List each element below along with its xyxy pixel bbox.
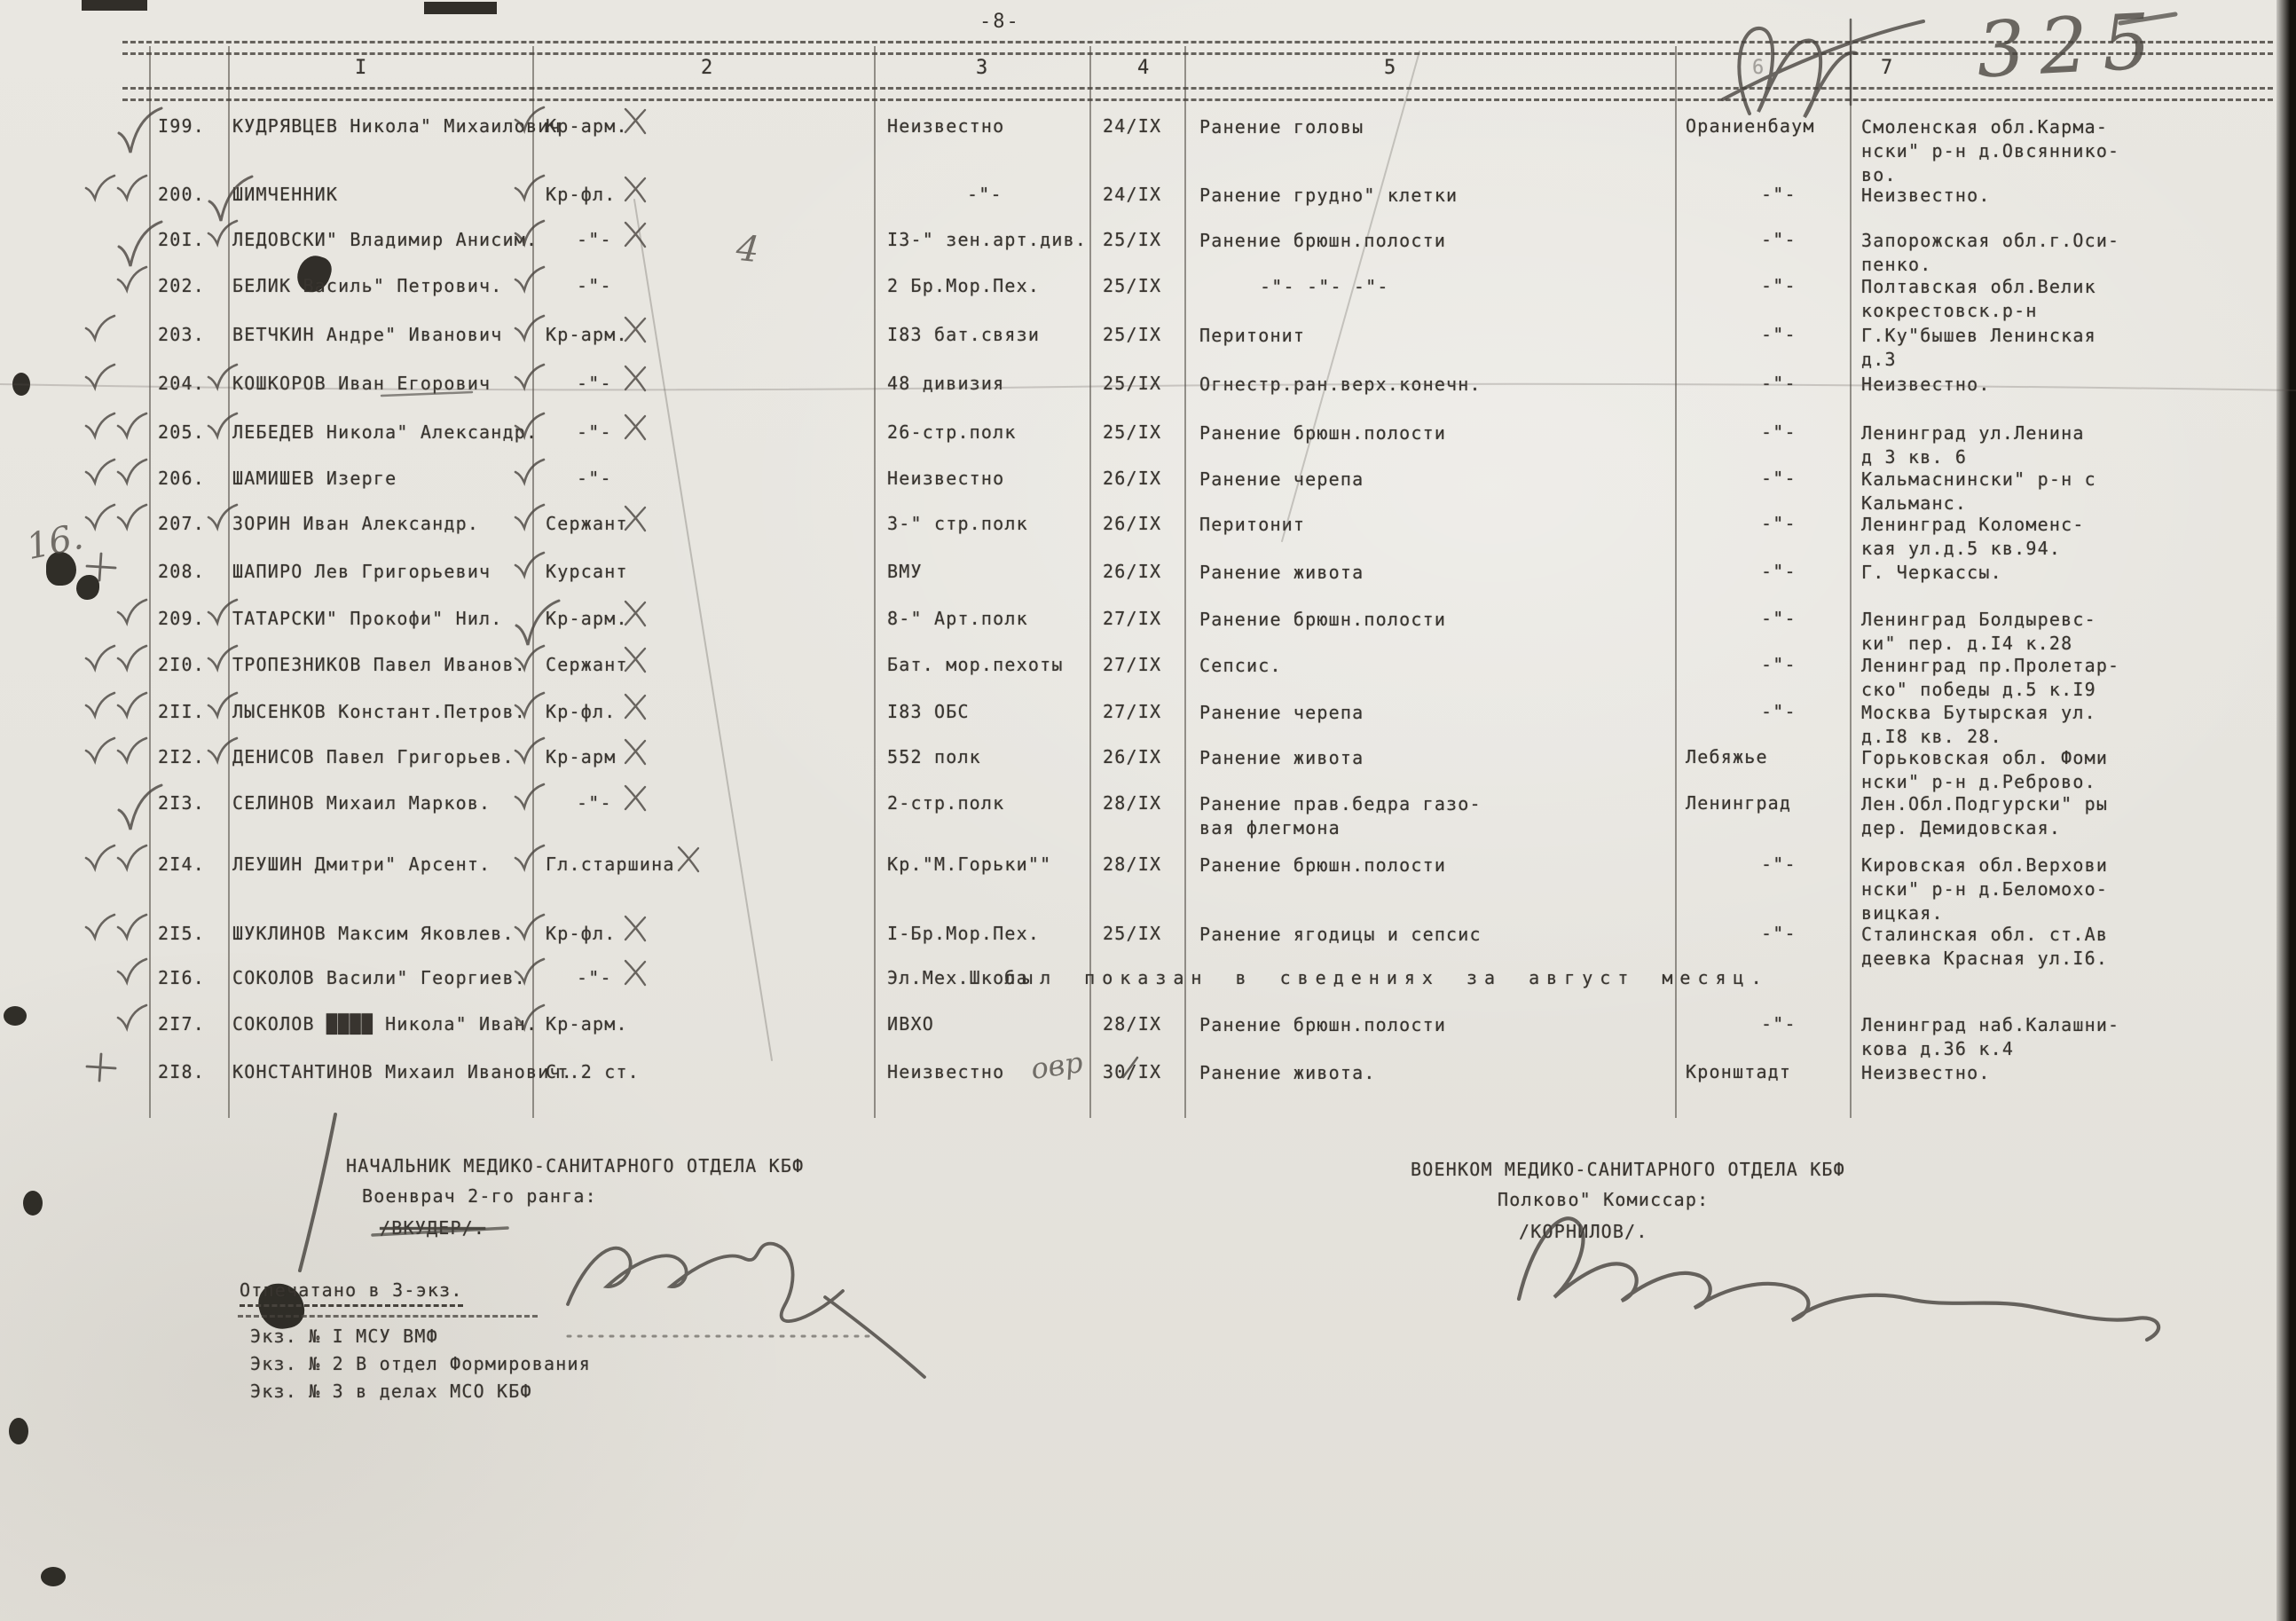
handwritten-x-mark [674,843,703,878]
handwritten-check-mark [206,362,240,396]
cell-diagnosis: Ранение ягодицы и сепсис [1199,923,1482,947]
cell-address: Неизвестно. [1861,1061,2296,1085]
cell-place: -"- [1761,608,1797,629]
cell-place: -"- [1761,561,1797,582]
table-vertical-rule [1850,46,1852,1118]
handwritten-check-mark [83,313,117,347]
handwritten-check-mark [83,173,117,207]
column-header-3: 3 [976,57,988,79]
handwritten-check-mark [83,912,117,946]
handwritten-rank-note: 4 [735,228,761,271]
hole-punch [4,1006,27,1026]
cell-address: Г.Ку"бышев Ленинская д.3 [1861,324,2296,372]
cell-rank: Гл.старшина [546,854,675,875]
cell-date: 26/IX [1103,561,1161,582]
handwritten-check-mark [115,643,149,677]
official-rank-left: Военврач 2-го ранга: [362,1185,597,1207]
cell-place: -"- [1761,854,1797,875]
print-copy-line: Экз. № I МСУ ВМФ [250,1326,438,1347]
handwritten-check-mark [115,843,149,877]
official-name-right: /КОРНИЛОВ/. [1519,1221,1648,1242]
cell-name: ТАТАРСКИ" Прокофи" Нил. [232,608,503,629]
cell-unit: Бат. мор.пехоты [887,654,1064,675]
signature-left [568,1244,924,1377]
handwritten-x-mark [621,105,649,140]
cell-name: ДЕНИСОВ Павел Григорьев. [232,746,515,767]
cell-address: Москва Бутырская ул. д.I8 кв. 28. [1861,701,2296,749]
cell-rank: -"- [577,275,612,296]
cell-row-number: 209. [158,608,205,629]
cell-row-number: 2I2. [158,746,205,767]
handwritten-x-mark [621,736,649,771]
handwritten-check-mark [115,597,149,631]
cell-diagnosis: -"- -"- -"- [1260,275,1389,299]
handwritten-plus-mark [83,1051,119,1088]
handwritten-check-mark [513,313,546,347]
handwritten-plus-mark [83,550,119,587]
table-vertical-rule [1675,46,1677,1118]
cell-row-number: 2I8. [158,1061,205,1082]
scan-speck [424,2,497,14]
cell-diagnosis: Ранение черепа [1199,701,1364,725]
column-header-4: 4 [1137,57,1150,79]
handwritten-x-mark [621,912,649,948]
handwritten-check-mark [513,782,546,815]
cell-unit: 2-стр.полк [887,792,1004,814]
cell-diagnosis: Ранение живота [1199,561,1364,585]
cell-unit: 48 дивизия [887,373,1004,394]
column-header-7: 7 [1881,57,1893,79]
cell-diagnosis: Ранение грудно" клетки [1199,184,1458,208]
crease-line [634,200,772,1060]
handwritten-check-mark [513,643,546,677]
scanned-document-page: -8- 325 16. овр 4 I234567 I99.КУДРЯВЦЕВ … [0,0,2296,1621]
cell-row-number: 2I4. [158,854,205,875]
cell-unit: 3-" стр.полк [887,513,1028,534]
handwritten-check-mark [115,1003,149,1036]
cell-address: Кировская обл.Верхови нски" р-н д.Беломо… [1861,854,2296,925]
cell-diagnosis: Ранение черепа [1199,468,1364,492]
cell-address: Ленинград пр.Пролетар- ско" победы д.5 к… [1861,654,2296,702]
cell-place: -"- [1761,421,1797,443]
cell-unit: Неизвестно [887,1061,1004,1082]
handwritten-check-mark [115,105,165,160]
handwritten-check-mark [115,782,165,837]
cell-name: ВЕТЧКИН Андре" Иванович [232,324,503,345]
cell-rank: Кр-фл. [546,923,616,944]
cell-row-number: 207. [158,513,205,534]
cell-rank: -"- [577,229,612,250]
handwritten-check-mark [513,550,546,584]
cell-name: СОКОЛОВ Васили" Георгиев. [232,967,526,988]
cell-unit: I83 ОБС [887,701,970,722]
cell-date: 27/IX [1103,608,1161,629]
cell-diagnosis: Ранение головы [1199,115,1364,139]
cell-date: 28/IX [1103,854,1161,875]
cell-date: 30/IX [1103,1061,1161,1082]
cell-row-number: 205. [158,421,205,443]
handwritten-x-mark [621,173,649,209]
cell-place: Ленинград [1686,792,1791,814]
handwritten-check-mark [115,264,149,298]
cell-address: Ленинград ул.Ленина д 3 кв. 6 [1861,421,2296,469]
cell-row-number: 200. [158,184,205,205]
cell-row-number: 2II. [158,701,205,722]
cell-date: 27/IX [1103,701,1161,722]
cell-rank: -"- [577,967,612,988]
cell-row-number: 2I0. [158,654,205,675]
cell-row-number: 2I6. [158,967,205,988]
cell-name: ШАПИРО Лев Григорьевич [232,561,491,582]
handwritten-check-mark [115,457,149,491]
cell-date: 26/IX [1103,746,1161,767]
cell-name: ЛЕБЕДЕВ Никола" Александр. [232,421,538,443]
cell-place: -"- [1761,324,1797,345]
cell-span-note: был показан в сведениях за август месяц. [1004,967,1769,988]
handwritten-check-mark [115,173,149,207]
cell-diagnosis: Огнестр.ран.верх.конечн. [1199,373,1482,397]
column-header-5: 5 [1384,57,1396,79]
cell-name: БЕЛИК Василь" Петрович. [232,275,503,296]
cell-row-number: 2I7. [158,1013,205,1035]
cell-place: Кронштадт [1686,1061,1791,1082]
handwritten-check-mark [513,1003,546,1036]
cell-diagnosis: Ранение брюшн.полости [1199,854,1446,877]
handwritten-x-mark [621,597,649,633]
handwritten-check-mark [206,411,240,445]
cell-date: 24/IX [1103,184,1161,205]
cell-row-number: 208. [158,561,205,582]
handwritten-check-mark [115,912,149,946]
cell-unit: Неизвестно [887,115,1004,137]
cell-rank: Сержант [546,513,628,534]
handwritten-check-mark [206,643,240,677]
cell-name: ШУКЛИНОВ Максим Яковлев. [232,923,515,944]
cell-address: Сталинская обл. ст.Ав деевка Красная ул.… [1861,923,2296,971]
cell-date: 28/IX [1103,792,1161,814]
cell-place: Лебяжье [1686,746,1768,767]
handwritten-check-mark [513,843,546,877]
handwritten-check-mark [206,597,240,631]
cell-name: КОНСТАНТИНОВ Михаил Иванович. [232,1061,573,1082]
handwritten-check-mark [83,362,117,396]
cell-name: КОШКОРОВ Иван Егорович [232,373,491,394]
cell-address: Полтавская обл.Велик кокрестовск.р-н [1861,275,2296,323]
cell-diagnosis: Ранение прав.бедра газо- вая флегмона [1199,792,1482,840]
column-header-2: 2 [701,57,713,79]
cell-diagnosis: Ранение живота [1199,746,1364,770]
handwritten-x-mark [621,643,649,679]
cell-rank: Кр-арм [546,746,616,767]
handwritten-check-mark [83,411,117,445]
cell-name: ЛЕДОВСКИ" Владимир Анисим. [232,229,538,250]
cell-place: -"- [1761,468,1797,489]
official-rank-right: Полково" Комиссар: [1498,1189,1709,1210]
table-vertical-rule [1184,46,1186,1118]
page-number: -8- [979,11,1020,33]
cell-date: 25/IX [1103,324,1161,345]
handwritten-check-mark [206,218,240,252]
cell-name: ЛЫСЕНКОВ Констант.Петров. [232,701,526,722]
handwritten-check-mark [513,173,546,207]
cell-address: Кальмаснински" р-н с Кальманс. [1861,468,2296,515]
cell-unit: I83 бат.связи [887,324,1040,345]
handwritten-check-mark [83,502,117,536]
table-vertical-rule [149,46,151,1118]
print-note-title: Отпечатано в 3-экз. [240,1279,463,1301]
cell-address: Горьковская обл. Фоми нски" р-н д.Ребров… [1861,746,2296,794]
handwritten-check-mark [83,843,117,877]
handwritten-x-mark [621,218,649,254]
cell-name: СОКОЛОВ ████ Никола" Иван. [232,1013,538,1035]
handwritten-check-mark [513,264,546,298]
print-note-title-text: Отпечатано в 3-экз. [240,1279,463,1307]
cell-rank: Ст.2 ст. [546,1061,640,1082]
cell-unit: 552 полк [887,746,981,767]
cell-unit: Неизвестно [887,468,1004,489]
cell-date: 24/IX [1103,115,1161,137]
hole-punch [23,1191,43,1216]
cell-unit: Кр."М.Горьки"" [887,854,1051,875]
handwritten-x-mark [621,782,649,817]
handwritten-x-mark [621,411,649,446]
cell-place: -"- [1761,654,1797,675]
handwritten-x-mark [621,362,649,397]
cell-address: Лен.Обл.Подгурски" ры дер. Демидовская. [1861,792,2296,840]
cell-rank: Сержант [546,654,628,675]
handwritten-check-mark [513,690,546,724]
handwritten-slash [300,1114,335,1271]
cell-unit: I-Бр.Мор.Пех. [887,923,1040,944]
cell-row-number: 204. [158,373,205,394]
handwritten-check-mark [83,690,117,724]
cell-name: ТРОПЕЗНИКОВ Павел Иванов. [232,654,526,675]
cell-address: Запорожская обл.г.Оси- пенко. [1861,229,2296,277]
cell-address: Неизвестно. [1861,373,2296,397]
cell-unit: -"- [967,184,1003,205]
handwritten-check-mark [206,736,240,769]
hole-punch [9,1418,28,1444]
handwritten-check-mark [513,411,546,445]
table-top-rule [122,41,2273,55]
cell-place: -"- [1761,1013,1797,1035]
cell-rank: -"- [577,373,612,394]
cell-row-number: 206. [158,468,205,489]
cell-diagnosis: Ранение живота. [1199,1061,1376,1085]
handwritten-check-mark [513,457,546,491]
handwritten-check-mark [115,736,149,769]
cell-row-number: 2I5. [158,923,205,944]
cell-address: Г. Черкассы. [1861,561,2296,585]
cell-place: -"- [1761,923,1797,944]
cell-place: -"- [1761,229,1797,250]
cell-date: 26/IX [1103,468,1161,489]
table-vertical-rule [874,46,876,1118]
cell-rank: -"- [577,468,612,489]
cell-place: -"- [1761,275,1797,296]
print-note-underline [238,1315,538,1318]
print-copy-line: Экз. № 2 В отдел Формирования [250,1353,591,1374]
official-name-left: /ВКУДЕР/. [380,1217,485,1239]
cell-date: 27/IX [1103,654,1161,675]
handwritten-x-mark [621,956,649,992]
cell-address: Неизвестно. [1861,184,2296,208]
hole-punch [12,373,30,396]
handwritten-x-mark [621,313,649,349]
cell-rank: Кр-арм. [546,1013,628,1035]
handwritten-check-mark [115,956,149,990]
cell-place: -"- [1761,513,1797,534]
cell-unit: ИВХО [887,1013,934,1035]
cell-name: ЗОРИН Иван Александр. [232,513,479,534]
cell-rank: Кр-арм. [546,324,628,345]
hole-punch [41,1567,66,1586]
cell-rank: -"- [577,792,612,814]
cell-diagnosis: Ранение брюшн.полости [1199,1013,1446,1037]
handwritten-check-mark [83,643,117,677]
handwritten-check-mark [206,502,240,536]
cell-date: 28/IX [1103,1013,1161,1035]
handwritten-check-mark [513,362,546,396]
handwritten-check-mark [83,736,117,769]
official-title-right: ВОЕНКОМ МЕДИКО-САНИТАРНОГО ОТДЕЛА КБФ [1411,1159,1845,1180]
cell-address: Ленинград наб.Калашни- кова д.36 к.4 [1861,1013,2296,1061]
column-header-6: 6 [1752,57,1765,79]
handwritten-check-mark [115,690,149,724]
table-header-rule [122,87,2273,101]
handwritten-check-mark [513,502,546,536]
cell-name: СЕЛИНОВ Михаил Марков. [232,792,491,814]
handwritten-check-mark [513,105,546,138]
cell-diagnosis: Сепсис. [1199,654,1282,678]
cell-diagnosis: Ранение брюшн.полости [1199,608,1446,632]
cell-unit: I3-" зен.арт.див. [887,229,1087,250]
handwritten-check-mark [83,457,117,491]
cell-diagnosis: Перитонит [1199,513,1305,537]
cell-row-number: 202. [158,275,205,296]
cell-rank: Курсант [546,561,628,582]
cell-place: -"- [1761,373,1797,394]
cell-place: -"- [1761,184,1797,205]
handwritten-x-mark [621,502,649,538]
cell-rank: Кр-фл. [546,701,616,722]
print-copy-line: Экз. № 3 в делах МСО КБФ [250,1381,532,1402]
cell-unit: 26-стр.полк [887,421,1017,443]
cell-name: ШАМИШЕВ Изерге [232,468,397,489]
cell-unit: 2 Бр.Мор.Пех. [887,275,1040,296]
cell-date: 25/IX [1103,229,1161,250]
handwritten-check-mark [513,956,546,990]
column-header-I: I [355,57,367,79]
cell-rank: Кр-фл. [546,184,616,205]
cell-date: 25/IX [1103,373,1161,394]
cell-place: -"- [1761,701,1797,722]
cell-place: Ораниенбаум [1686,115,1815,137]
handwritten-check-mark [115,411,149,445]
scan-speck [82,0,147,11]
handwritten-margin-note: 16. [23,516,87,568]
cell-date: 26/IX [1103,513,1161,534]
cell-date: 25/IX [1103,275,1161,296]
cell-address: Ленинград Болдыревс- ки" пер. д.I4 к.28 [1861,608,2296,656]
handwritten-check-mark [206,690,240,724]
cell-rank: -"- [577,421,612,443]
cell-name: ЛЕУШИН Дмитри" Арсент. [232,854,491,875]
handwritten-check-mark [513,736,546,769]
cell-diagnosis: Ранение брюшн.полости [1199,421,1446,445]
cell-unit: ВМУ [887,561,923,582]
cell-unit: 8-" Арт.полк [887,608,1028,629]
cell-address: Ленинград Коломенс- кая ул.д.5 кв.94. [1861,513,2296,561]
handwritten-check-mark [513,218,546,252]
cell-date: 25/IX [1103,923,1161,944]
cell-rank: Кр-арм. [546,115,628,137]
cell-diagnosis: Перитонит [1199,324,1305,348]
official-title-left: НАЧАЛЬНИК МЕДИКО-САНИТАРНОГО ОТДЕЛА КБФ [346,1155,804,1176]
cell-address: Смоленская обл.Карма- нски" р-н д.Овсянн… [1861,115,2296,187]
table-vertical-rule [1089,46,1091,1118]
cell-diagnosis: Ранение брюшн.полости [1199,229,1446,253]
handwritten-check-mark [513,912,546,946]
cell-date: 25/IX [1103,421,1161,443]
handwritten-x-mark [621,690,649,726]
cell-row-number: 203. [158,324,205,345]
handwritten-unit-note: овр [1029,1045,1085,1086]
handwritten-check-mark [115,502,149,536]
